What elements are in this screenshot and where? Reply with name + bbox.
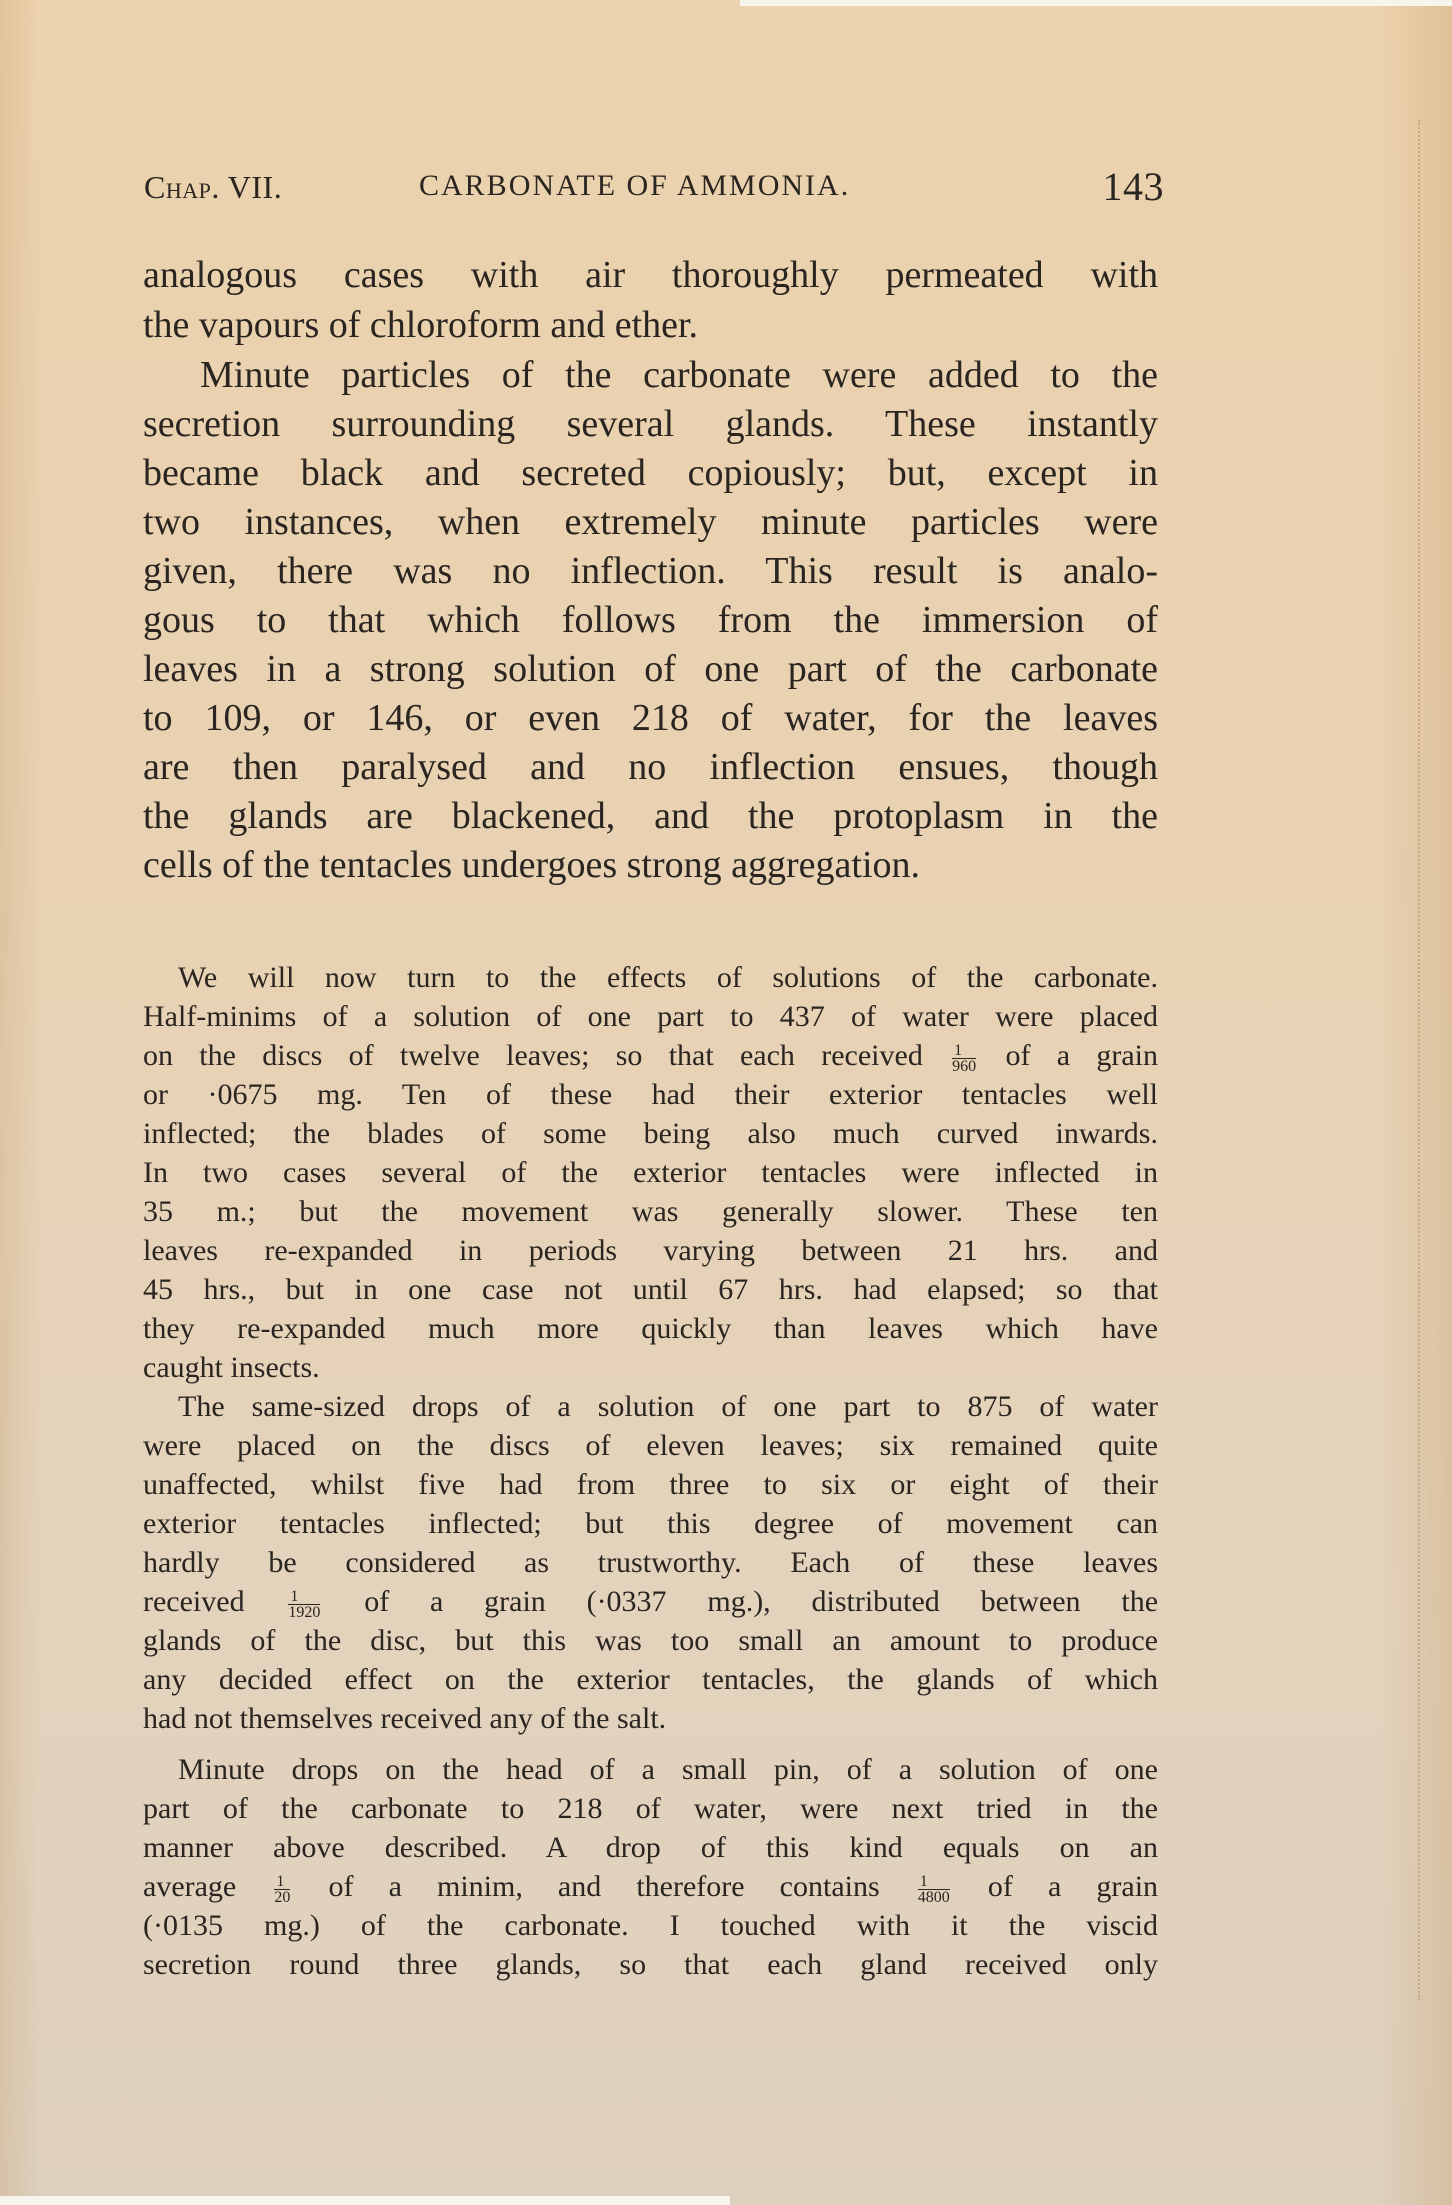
text-line: any decided effect on the exterior tenta… xyxy=(143,1662,1158,1698)
text-line: the vapours of chloroform and ether. xyxy=(143,302,1158,348)
text-line: or ·0675 mg. Ten of these had their exte… xyxy=(143,1077,1158,1113)
scan-edge-bottom xyxy=(0,2196,730,2205)
text-line: two instances, when extremely minute par… xyxy=(143,499,1158,545)
chapter-title: CARBONATE OF AMMONIA. xyxy=(419,169,850,203)
scan-edge-top xyxy=(740,0,1452,6)
text-line: 45 hrs., but in one case not until 67 hr… xyxy=(143,1272,1158,1308)
text-line: to 109, or 146, or even 218 of water, fo… xyxy=(143,695,1158,741)
text-line: In two cases several of the exterior ten… xyxy=(143,1155,1158,1191)
text-line-with-fraction: average 120 of a minim, and therefore co… xyxy=(143,1869,1158,1905)
text-line: hardly be considered as trustworthy. Eac… xyxy=(143,1545,1158,1581)
text-line: Half-minims of a solution of one part to… xyxy=(143,999,1158,1035)
text-line: the glands are blackened, and the protop… xyxy=(143,793,1158,839)
book-page: Chap. VII. CARBONATE OF AMMONIA. 143 ana… xyxy=(0,0,1452,2205)
text-line: are then paralysed and no inflection ens… xyxy=(143,744,1158,790)
paragraph-start: Minute particles of the carbonate were a… xyxy=(200,352,1158,398)
chapter-label: Chap. VII. xyxy=(144,169,282,206)
page-number: 143 xyxy=(1103,163,1165,210)
page-right-edge xyxy=(1418,120,1424,2000)
paragraph-start: Minute drops on the head of a small pin,… xyxy=(178,1752,1158,1788)
text-line: analogous cases with air thoroughly perm… xyxy=(143,252,1158,298)
text-line: leaves in a strong solution of one part … xyxy=(143,646,1158,692)
text-line: they re-expanded much more quickly than … xyxy=(143,1311,1158,1347)
fraction-1-960: 1960 xyxy=(952,1043,976,1074)
text-line: given, there was no inflection. This res… xyxy=(143,548,1158,594)
text-line: unaffected, whilst five had from three t… xyxy=(143,1467,1158,1503)
text-line: had not themselves received any of the s… xyxy=(143,1701,1158,1737)
text-line: exterior tentacles inflected; but this d… xyxy=(143,1506,1158,1542)
text-line: gous to that which follows from the imme… xyxy=(143,597,1158,643)
fraction-1-1920: 11920 xyxy=(288,1589,320,1620)
text-line: 35 m.; but the movement was generally sl… xyxy=(143,1194,1158,1230)
text-line: (·0135 mg.) of the carbonate. I touched … xyxy=(143,1908,1158,1944)
text-line-with-fraction: on the discs of twelve leaves; so that e… xyxy=(143,1038,1158,1074)
fraction-1-4800: 14800 xyxy=(918,1874,950,1905)
text-line: secretion surrounding several glands. Th… xyxy=(143,401,1158,447)
text-line: cells of the tentacles undergoes strong … xyxy=(143,842,1158,888)
text-line: inflected; the blades of some being also… xyxy=(143,1116,1158,1152)
text-line: manner above described. A drop of this k… xyxy=(143,1830,1158,1866)
running-head: Chap. VII. CARBONATE OF AMMONIA. 143 xyxy=(144,163,1164,213)
text-line: secretion round three glands, so that ea… xyxy=(143,1947,1158,1983)
text-line: were placed on the discs of eleven leave… xyxy=(143,1428,1158,1464)
text-line-with-fraction: received 11920 of a grain (·0337 mg.), d… xyxy=(143,1584,1158,1620)
text-line: glands of the disc, but this was too sma… xyxy=(143,1623,1158,1659)
text-line: leaves re-expanded in periods varying be… xyxy=(143,1233,1158,1269)
text-line: became black and secreted copiously; but… xyxy=(143,450,1158,496)
text-line: part of the carbonate to 218 of water, w… xyxy=(143,1791,1158,1827)
paragraph-start: We will now turn to the effects of solut… xyxy=(178,960,1158,996)
paragraph-start: The same-sized drops of a solution of on… xyxy=(178,1389,1158,1425)
text-line: caught insects. xyxy=(143,1350,1158,1386)
fraction-1-20: 120 xyxy=(274,1874,290,1905)
